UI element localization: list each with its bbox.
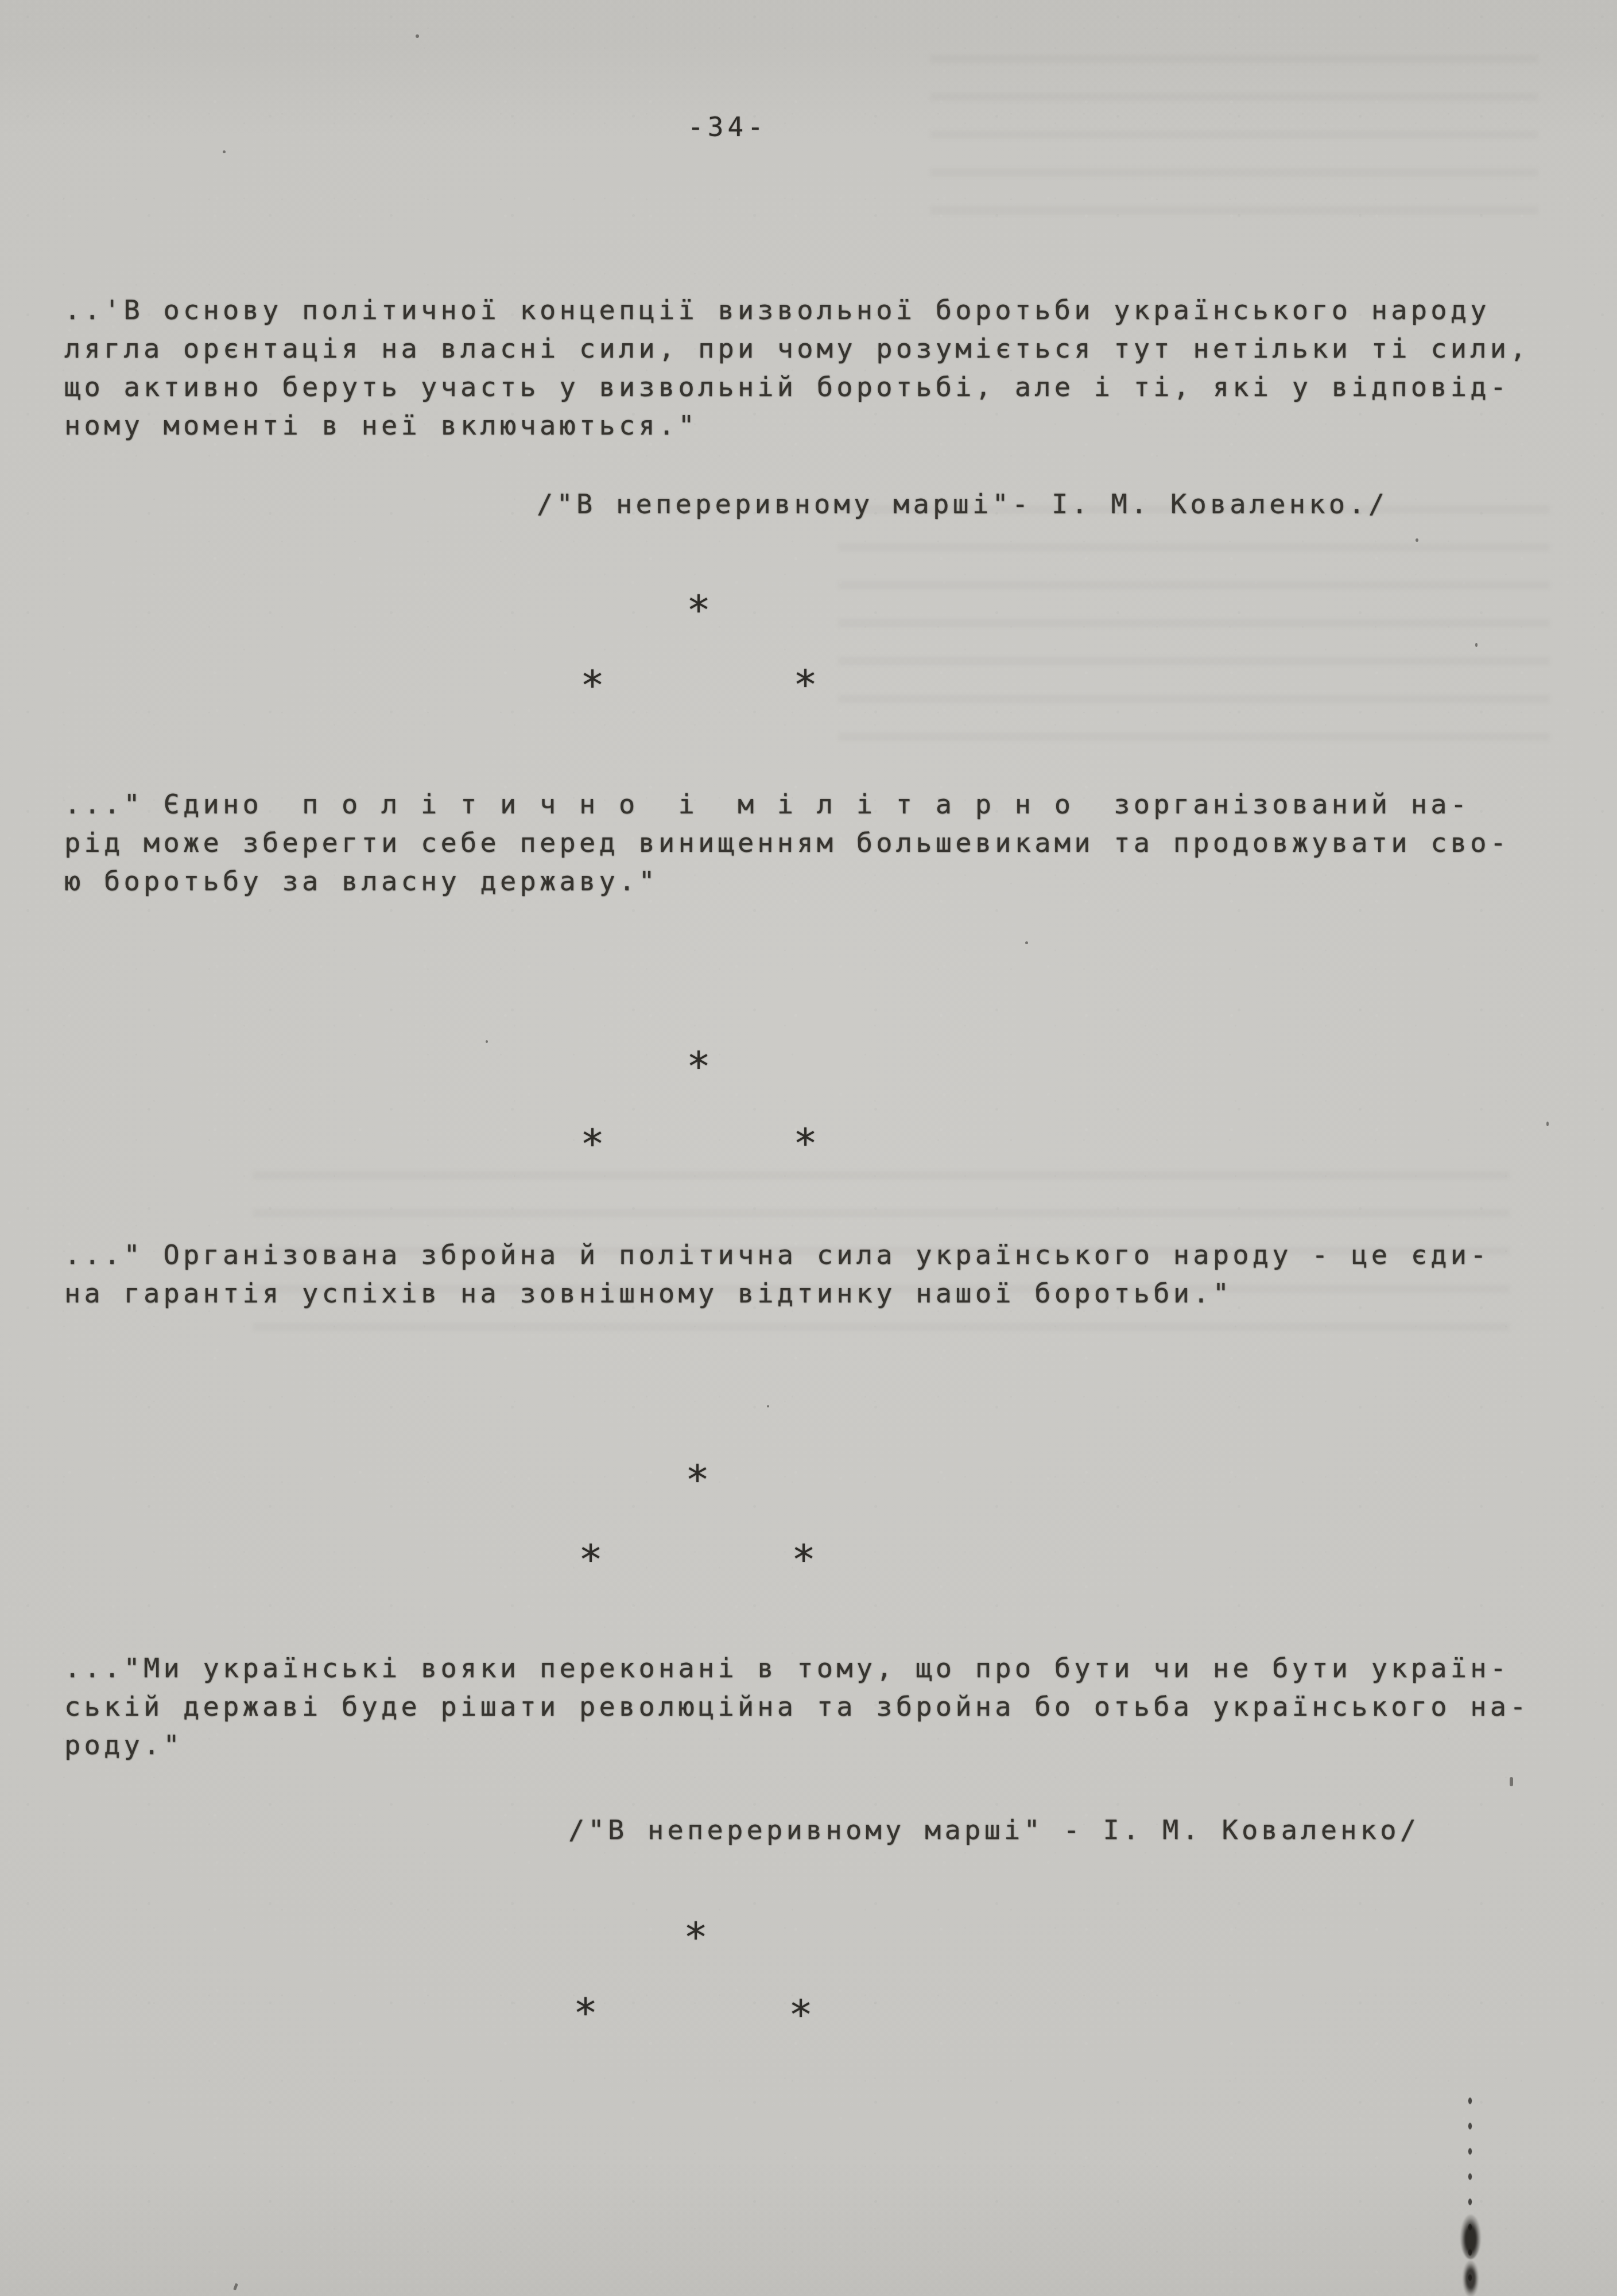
ink-speck <box>1025 941 1028 944</box>
ink-speck <box>1475 643 1478 647</box>
ink-speck <box>223 150 226 153</box>
quote-paragraph-3: ..." Організована збройна й політична си… <box>64 1236 1591 1313</box>
ink-speck <box>486 1040 488 1043</box>
source-attribution-2: /"В непереривному марші" - І. М. Ковален… <box>568 1811 1544 1849</box>
ink-speck <box>1510 1777 1513 1786</box>
asterisk-separator: * <box>793 1131 818 1156</box>
asterisk-separator: * <box>578 1547 603 1572</box>
asterisk-separator: * <box>683 1925 708 1950</box>
quote-paragraph-1: ..'В основу політичної концепції визволь… <box>64 291 1591 445</box>
ink-speck <box>416 34 419 38</box>
asterisk-separator: * <box>580 1131 605 1157</box>
asterisk-separator: * <box>788 2002 813 2027</box>
asterisk-separator: * <box>580 673 605 698</box>
ink-speck <box>1416 538 1418 542</box>
ink-blob-artifact <box>1460 2214 1481 2259</box>
source-attribution-1: /"В непереривному марші"- І. М. Коваленк… <box>537 485 1513 523</box>
asterisk-separator: * <box>573 2000 598 2026</box>
page-number: -34- <box>688 108 767 146</box>
asterisk-separator: * <box>793 672 818 697</box>
asterisk-separator: * <box>685 1467 710 1492</box>
asterisk-separator: * <box>686 598 711 623</box>
ink-speck <box>767 1405 769 1407</box>
ink-speck <box>1546 1122 1549 1126</box>
quote-paragraph-4: ..."Ми українські вояки переконані в том… <box>64 1649 1591 1764</box>
quote-paragraph-2: ..." Єдино п о л і т и ч н о і м і л і т… <box>64 785 1591 901</box>
asterisk-separator: * <box>791 1547 816 1572</box>
ink-blob-artifact <box>1463 2260 1479 2296</box>
asterisk-separator: * <box>686 1054 711 1079</box>
scanned-typewritten-page: { "page": { "number": "-34-" }, "content… <box>0 0 1617 2296</box>
